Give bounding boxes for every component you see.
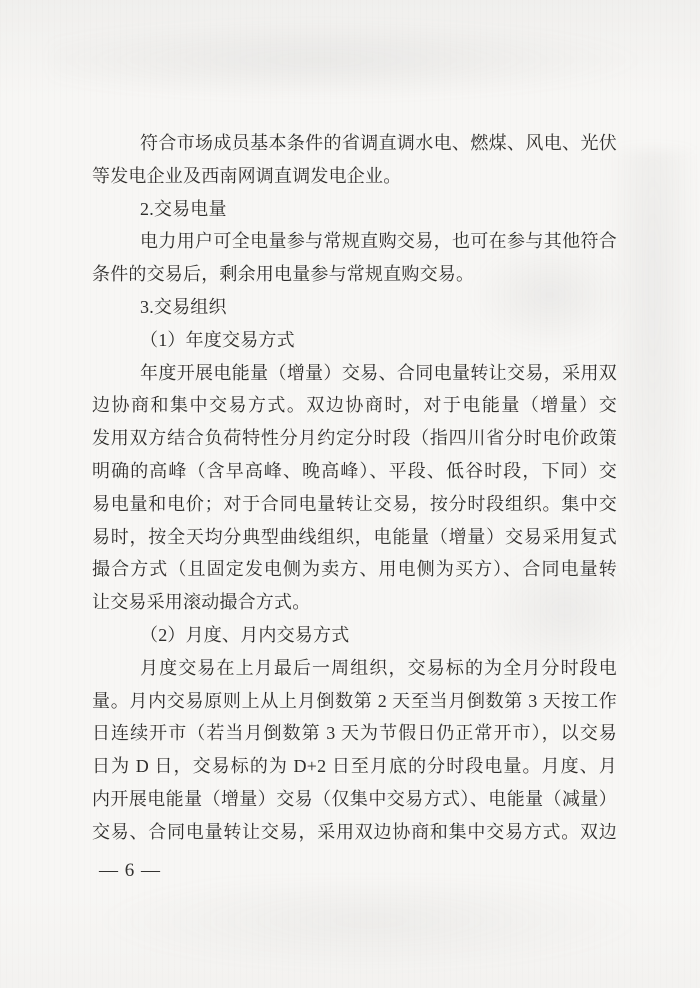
text-line: 易电量和电价；对于合同电量转让交易，按分时段组织。集中交: [92, 488, 617, 521]
text-line: 条件的交易后，剩余用电量参与常规直购交易。: [92, 258, 617, 291]
text-line: 日为 D 日，交易标的为 D+2 日至月底的分时段电量。月度、月: [92, 750, 617, 783]
scan-artifact: [606, 150, 700, 690]
page-number: — 6 —: [99, 860, 161, 882]
text-line: 明确的高峰（含早高峰、晚高峰）、平段、低谷时段，下同）交: [92, 455, 617, 488]
text-block: 符合市场成员基本条件的省调直调水电、燃煤、风电、光伏等发电企业及西南网调直调发电…: [92, 127, 617, 849]
text-line: 符合市场成员基本条件的省调直调水电、燃煤、风电、光伏: [92, 127, 617, 160]
scan-artifact: [50, 20, 650, 100]
text-line: 电力用户可全电量参与常规直购交易，也可在参与其他符合: [92, 225, 617, 258]
text-line: 日连续开市（若当月倒数第 3 天为节假日仍正常开市），以交易: [92, 717, 617, 750]
text-line: 3.交易组织: [92, 291, 617, 324]
scan-artifact: [100, 880, 640, 970]
text-line: 发用双方结合负荷特性分月约定分时段（指四川省分时电价政策: [92, 422, 617, 455]
text-line: 月度交易在上月最后一周组织，交易标的为全月分时段电: [92, 652, 617, 685]
text-line: 易时，按全天均分典型曲线组织，电能量（增量）交易采用复式: [92, 521, 617, 554]
text-line: 让交易采用滚动撮合方式。: [92, 586, 617, 619]
text-line: 交易、合同电量转让交易，采用双边协商和集中交易方式。双边: [92, 816, 617, 849]
text-line: 等发电企业及西南网调直调发电企业。: [92, 160, 617, 193]
text-line: 撮合方式（且固定发电侧为卖方、用电侧为买方）、合同电量转: [92, 553, 617, 586]
document-page: 符合市场成员基本条件的省调直调水电、燃煤、风电、光伏等发电企业及西南网调直调发电…: [0, 0, 700, 988]
text-line: 量。月内交易原则上从上月倒数第 2 天至当月倒数第 3 天按工作: [92, 685, 617, 718]
text-line: （1）年度交易方式: [92, 324, 617, 357]
text-line: 边协商和集中交易方式。双边协商时，对于电能量（增量）交易，: [92, 389, 617, 422]
text-line: 年度开展电能量（增量）交易、合同电量转让交易，采用双: [92, 357, 617, 390]
text-line: （2）月度、月内交易方式: [92, 619, 617, 652]
text-line: 2.交易电量: [92, 193, 617, 226]
text-line: 内开展电能量（增量）交易（仅集中交易方式）、电能量（减量）: [92, 783, 617, 816]
